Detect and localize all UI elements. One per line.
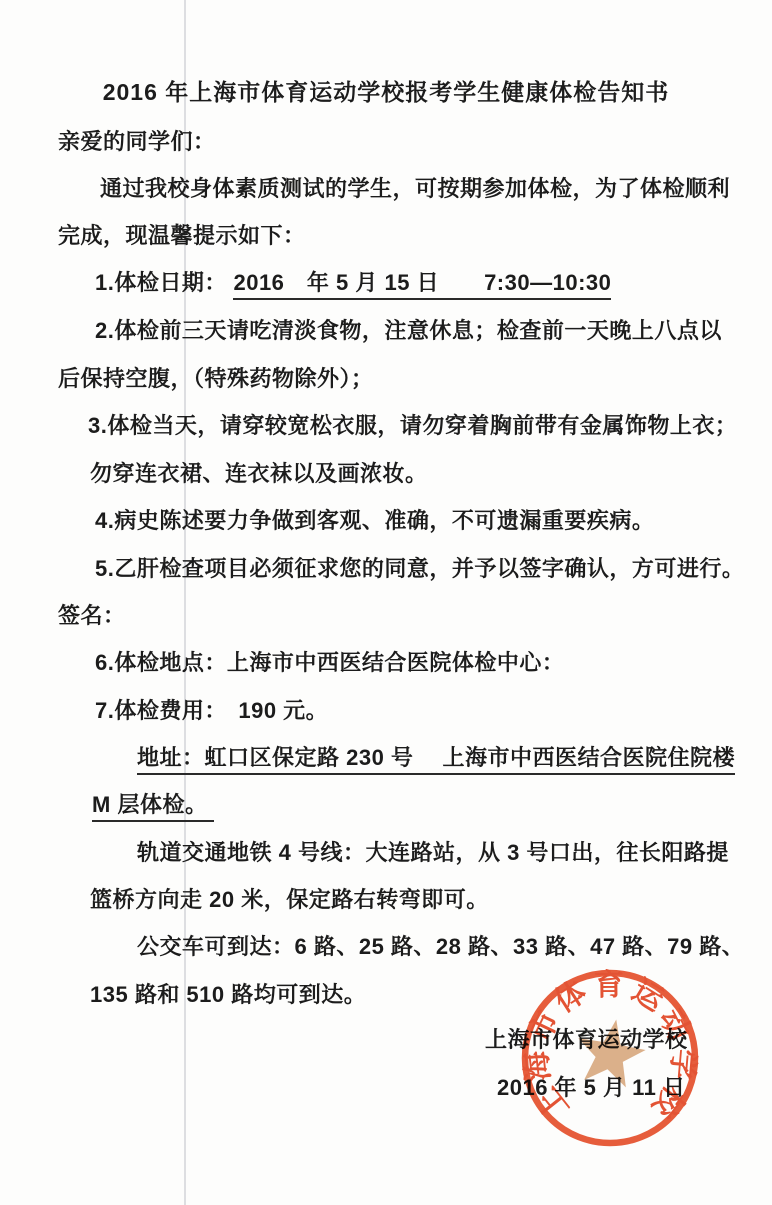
- item-6-location: 6.体检地点：上海市中西医结合医院体检中心：: [95, 648, 564, 678]
- item-1-exam-date: 1.体检日期： 2016 年 5 月 15 日 7:30—10:30: [95, 268, 611, 298]
- star-icon: [571, 1014, 650, 1090]
- official-seal-stamp: 上海市体育运动学校: [515, 963, 705, 1153]
- intro-line-2: 完成，现温馨提示如下：: [58, 221, 306, 251]
- item-2-line-2: 后保持空腹，（特殊药物除外）；: [58, 364, 374, 394]
- item-3-line-2: 勿穿连衣裙、连衣袜以及画浓妆。: [90, 459, 428, 489]
- address-line-1: 地址：虹口区保定路 230 号 上海市中西医结合医院住院楼: [137, 743, 735, 773]
- metro-line-1: 轨道交通地铁 4 号线：大连路站，从 3 号口出，往长阳路提: [137, 838, 729, 868]
- salutation-line: 亲爱的同学们：: [58, 127, 216, 157]
- item-2-line-1: 2.体检前三天请吃清淡食物，注意休息；检查前一天晚上八点以: [95, 316, 722, 346]
- item-5-hepb: 5.乙肝检查项目必须征求您的同意，并予以签字确认，方可进行。: [95, 554, 744, 584]
- intro-line-1: 通过我校身体素质测试的学生，可按期参加体检，为了体检顺利: [100, 174, 730, 204]
- item-3-line-1: 3.体检当天，请穿较宽松衣服，请勿穿着胸前带有金属饰物上衣；: [88, 411, 737, 441]
- item-7-fee: 7.体检费用： 190 元。: [95, 696, 328, 726]
- doc-title: 2016 年上海市体育运动学校报考学生健康体检告知书: [0, 77, 772, 107]
- address-text-1: 地址：虹口区保定路 230 号 上海市中西医结合医院住院楼: [137, 745, 735, 775]
- bus-line-2: 135 路和 510 路均可到达。: [90, 980, 366, 1010]
- scanned-notice-page: 2016 年上海市体育运动学校报考学生健康体检告知书 亲爱的同学们： 通过我校身…: [0, 0, 772, 1205]
- metro-line-2: 篮桥方向走 20 米，保定路右转弯即可。: [90, 885, 489, 915]
- item-1-date-value: 2016 年 5 月 15 日 7:30—10:30: [233, 270, 611, 300]
- item-1-label: 1.体检日期：: [95, 270, 233, 295]
- signature-label: 签名：: [58, 601, 126, 631]
- item-4-history: 4.病史陈述要力争做到客观、准确，不可遗漏重要疾病。: [95, 506, 654, 536]
- bus-line-1: 公交车可到达：6 路、25 路、28 路、33 路、47 路、79 路、: [137, 932, 744, 962]
- address-text-2: M 层体检。: [92, 792, 214, 822]
- address-line-2: M 层体检。: [92, 790, 214, 820]
